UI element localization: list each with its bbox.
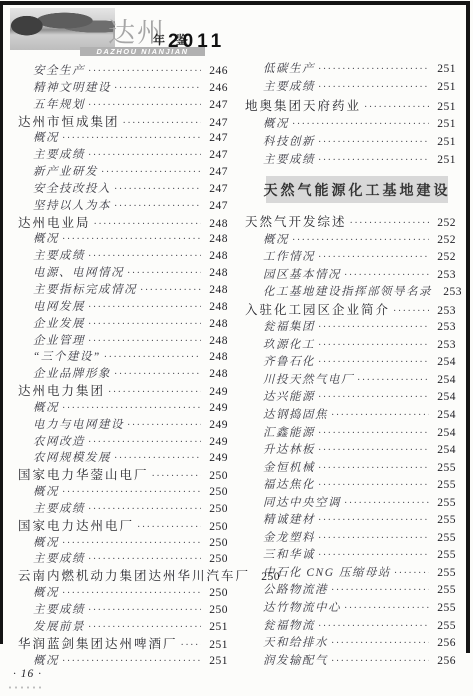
toc-entry-label: 地奥集团天府药业 — [245, 97, 361, 115]
dot-leader — [88, 249, 201, 266]
toc-entry-page: 247 — [204, 147, 228, 164]
toc-entry-label: 化工基地建设指挥部领导名录 — [263, 284, 432, 302]
dot-leader — [318, 337, 429, 355]
toc-entry: 地奥集团天府药业251 — [245, 97, 456, 115]
dot-leader — [62, 485, 201, 502]
toc-entry: 农网规模发展249 — [18, 450, 228, 467]
toc-entry: 川投天然气电厂254 — [245, 372, 456, 390]
dot-leader — [62, 131, 201, 148]
toc-entry-label: 润发输配气 — [263, 653, 328, 671]
dot-leader — [350, 215, 429, 233]
dot-leader — [108, 385, 201, 402]
toc-entry-label: 低碳生产 — [263, 60, 315, 78]
toc-entry-label: 概况 — [33, 130, 59, 147]
toc-entry: 安全生产246 — [18, 63, 228, 80]
toc-entry-page: 256 — [432, 635, 456, 653]
dot-leader — [318, 512, 429, 530]
toc-entry: 概况251 — [245, 115, 456, 133]
toc-entry-label: 五年规划 — [33, 97, 85, 114]
toc-entry: 达兴能源254 — [245, 389, 456, 407]
toc-entry-page: 251 — [432, 78, 456, 96]
toc-entry: 精神文明建设246 — [18, 80, 228, 97]
toc-entry-label: 精诚建材 — [263, 512, 315, 530]
toc-entry: 中石化 CNG 压缩母站255 — [245, 565, 456, 583]
toc-entry-page: 247 — [204, 164, 228, 181]
toc-entry-page: 247 — [204, 198, 228, 215]
masthead-strip: DAZHOU NIANJIAN — [80, 47, 205, 56]
toc-entry-label: 农网改造 — [33, 434, 85, 451]
toc-entry-page: 247 — [204, 181, 228, 198]
dot-leader — [318, 319, 429, 337]
toc-entry-page: 253 — [432, 267, 456, 285]
toc-entry-label: 公路物流港 — [263, 582, 328, 600]
dot-leader — [114, 199, 201, 216]
dot-leader — [127, 266, 201, 283]
page-border-right — [466, 1, 470, 653]
toc-entry-page: 251 — [432, 151, 456, 169]
toc-entry: 园区基本情况253 — [245, 267, 456, 285]
dot-leader — [292, 232, 429, 250]
toc-entry: 科技创新251 — [245, 133, 456, 151]
dot-leader — [123, 116, 201, 133]
dot-leader — [331, 635, 429, 653]
toc-entry: 福达焦化255 — [245, 477, 456, 495]
toc-entry: 瓮福物流255 — [245, 618, 456, 636]
toc-entry-label: 企业品牌形象 — [33, 366, 111, 383]
toc-entry-label: 瓮福集团 — [263, 319, 315, 337]
toc-entry: 达钢捣固焦254 — [245, 407, 456, 425]
page-number: · 16 · — [13, 668, 42, 680]
toc-entry-page: 248 — [204, 333, 228, 350]
toc-entry-label: 天然气开发综述 — [245, 214, 347, 232]
dot-leader — [318, 354, 429, 372]
toc-entry-page: 255 — [432, 460, 456, 478]
toc-entry: 达竹物流中心255 — [245, 600, 456, 618]
toc-entry-page: 249 — [204, 450, 228, 467]
toc-entry-label: 电网发展 — [33, 299, 85, 316]
toc-entry: 化工基地建设指挥部领导名录253 — [245, 284, 456, 302]
masthead-landscape-photo — [10, 8, 115, 50]
toc-entry: 国家电力达州电厂250 — [18, 518, 228, 535]
dot-leader — [318, 389, 429, 407]
toc-entry-label: 主要成绩 — [33, 501, 85, 518]
toc-entry: 主要成绩247 — [18, 147, 228, 164]
toc-entry: 同达中央空调255 — [245, 495, 456, 513]
toc-entry-page: 250 — [204, 468, 228, 485]
toc-entry: 云南内燃机动力集团达州华川汽车厂250 — [18, 568, 228, 585]
toc-entry-page: 254 — [432, 442, 456, 460]
toc-entry: 电力与电网建设249 — [18, 417, 228, 434]
dot-leader — [114, 367, 201, 384]
toc-entry-label: 概况 — [33, 535, 59, 552]
toc-entry: 概况252 — [245, 232, 456, 250]
toc-entry-page: 251 — [432, 60, 456, 78]
toc-entry-page: 255 — [432, 565, 456, 583]
toc-entry-label: 天和给排水 — [263, 635, 328, 653]
toc-entry-page: 250 — [204, 484, 228, 501]
toc-entry: 主要指标完成情况248 — [18, 282, 228, 299]
toc-entry: 润发输配气256 — [245, 653, 456, 671]
dot-leader — [88, 603, 201, 620]
toc-entry-label: 精神文明建设 — [33, 80, 111, 97]
toc-entry: 天然气开发综述252 — [245, 214, 456, 232]
toc-entry: 企业发展248 — [18, 316, 228, 333]
toc-entry: 坚持以人为本247 — [18, 198, 228, 215]
toc-entry-page: 247 — [204, 115, 228, 132]
toc-entry-page: 255 — [432, 600, 456, 618]
toc-entry-label: 农网规模发展 — [33, 450, 111, 467]
toc-entry-label: 概况 — [263, 232, 289, 250]
toc-entry-page: 250 — [204, 585, 228, 602]
toc-entry: 达州电力集团249 — [18, 383, 228, 400]
toc-entry-label: “三个建设” — [33, 349, 101, 366]
toc-entry: 主要成绩251 — [245, 78, 456, 96]
toc-entry-label: 玖源化工 — [263, 337, 315, 355]
toc-entry: 汇鑫能源254 — [245, 425, 456, 443]
toc-entry-page: 255 — [432, 530, 456, 548]
dot-leader — [88, 334, 201, 351]
toc-entry-label: 齐鲁石化 — [263, 354, 315, 372]
toc-entry-label: 概况 — [33, 400, 59, 417]
toc-entry-label: 概况 — [33, 231, 59, 248]
dot-leader — [62, 536, 201, 553]
toc-entry-label: 企业发展 — [33, 316, 85, 333]
toc-entry-label: 中石化 CNG 压缩母站 — [263, 565, 391, 583]
toc-entry-label: 达州市恒成集团 — [18, 114, 120, 131]
toc-entry-page: 253 — [432, 303, 456, 321]
dot-leader — [318, 425, 429, 443]
toc-entry-page: 248 — [204, 349, 228, 366]
dot-leader — [318, 442, 429, 460]
dot-leader — [114, 182, 201, 199]
toc-entry-page: 251 — [432, 98, 456, 116]
toc-entry-page: 251 — [204, 653, 228, 670]
toc-entry: 升达林板254 — [245, 442, 456, 460]
dot-leader — [88, 620, 201, 637]
toc-entry: 主要成绩250 — [18, 501, 228, 518]
dot-leader — [357, 372, 429, 390]
toc-entry-page: 250 — [204, 535, 228, 552]
toc-entry-page: 250 — [204, 519, 228, 536]
dot-leader — [344, 600, 429, 618]
toc-entry-label: 达竹物流中心 — [263, 600, 341, 618]
dot-leader — [88, 148, 201, 165]
toc-entry-label: 概况 — [33, 484, 59, 501]
dot-leader — [137, 520, 201, 537]
toc-entry: 概况250 — [18, 484, 228, 501]
toc-entry-label: 企业管理 — [33, 333, 85, 350]
toc-entry-page: 255 — [432, 582, 456, 600]
toc-entry-label: 福达焦化 — [263, 477, 315, 495]
toc-entry-label: 主要成绩 — [263, 151, 315, 169]
toc-entry-page: 254 — [432, 407, 456, 425]
toc-entry: 概况247 — [18, 130, 228, 147]
toc-entry-label: 主要成绩 — [263, 78, 315, 96]
toc-entry-page: 247 — [204, 130, 228, 147]
toc-entry: 国家电力华蓥山电厂250 — [18, 467, 228, 484]
dot-leader — [364, 99, 429, 117]
toc-entry: 齐鲁石化254 — [245, 354, 456, 372]
toc-entry-label: 金龙塑料 — [263, 530, 315, 548]
toc-entry-page: 254 — [432, 425, 456, 443]
toc-entry-page: 251 — [432, 115, 456, 133]
toc-entry-page: 248 — [204, 366, 228, 383]
toc-entry-label: 工作情况 — [263, 249, 315, 267]
toc-entry: 瓮福集团253 — [245, 319, 456, 337]
toc-entry: 概况250 — [18, 585, 228, 602]
toc-entry-label: 主要指标完成情况 — [33, 282, 137, 299]
toc-entry: “三个建设”248 — [18, 349, 228, 366]
toc-entry: 公路物流港255 — [245, 582, 456, 600]
toc-entry-label: 主要成绩 — [33, 602, 85, 619]
toc-entry-label: 国家电力达州电厂 — [18, 518, 134, 535]
dot-leader — [127, 418, 201, 435]
dot-leader — [114, 451, 201, 468]
dot-leader — [88, 64, 201, 81]
toc-entry-page: 253 — [432, 319, 456, 337]
toc-entry-label: 同达中央空调 — [263, 495, 341, 513]
toc-entry: 新产业研发247 — [18, 164, 228, 181]
toc-entry-label: 汇鑫能源 — [263, 425, 315, 443]
toc-entry-label: 安全技改投入 — [33, 181, 111, 198]
toc-entry-page: 248 — [204, 282, 228, 299]
toc-entry: 主要成绩250 — [18, 602, 228, 619]
toc-entry-page: 251 — [204, 619, 228, 636]
toc-entry-page: 249 — [204, 384, 228, 401]
toc-entry-page: 248 — [204, 316, 228, 333]
toc-entry-page: 250 — [204, 551, 228, 568]
toc-entry-page: 249 — [204, 417, 228, 434]
dot-leader — [318, 249, 429, 267]
yearbook-toc-page: 达州 年 鉴 2011 DAZHOU NIANJIAN 安全生产246精神文明建… — [0, 0, 473, 696]
toc-entry-label: 达兴能源 — [263, 389, 315, 407]
toc-entry: 金龙塑料255 — [245, 530, 456, 548]
toc-entry: 概况249 — [18, 400, 228, 417]
toc-entry: 三和华诚255 — [245, 547, 456, 565]
toc-entry-page: 252 — [432, 232, 456, 250]
toc-entry-page: 255 — [432, 512, 456, 530]
toc-entry-label: 主要成绩 — [33, 551, 85, 568]
toc-entry-page: 246 — [204, 63, 228, 80]
dot-leader — [104, 350, 201, 367]
toc-entry-page: 255 — [432, 547, 456, 565]
toc-entry: 入驻化工园区企业简介253 — [245, 302, 456, 320]
toc-entry-label: 达钢捣固焦 — [263, 407, 328, 425]
toc-entry: 达州市恒成集团247 — [18, 114, 228, 131]
dot-leader — [331, 407, 429, 425]
dot-leader — [101, 165, 201, 182]
dot-leader — [318, 134, 429, 152]
toc-entry: 主要成绩248 — [18, 248, 228, 265]
toc-entry-page: 253 — [432, 337, 456, 355]
toc-entry: 华润蓝剑集团达州啤酒厂251 — [18, 636, 228, 653]
dot-leader — [318, 547, 429, 565]
dot-leader — [62, 654, 201, 671]
dot-leader — [114, 81, 201, 98]
dot-leader — [88, 502, 201, 519]
dot-leader — [394, 565, 429, 583]
toc-entry-page: 255 — [432, 477, 456, 495]
toc-entry-label: 国家电力华蓥山电厂 — [18, 467, 149, 484]
toc-entry: 概况251 — [18, 653, 228, 670]
toc-entry-page: 246 — [204, 80, 228, 97]
toc-entry-page: 253 — [438, 284, 462, 302]
toc-entry-label: 电力与电网建设 — [33, 417, 124, 434]
toc-entry: 主要成绩250 — [18, 551, 228, 568]
toc-entry-label: 三和华诚 — [263, 547, 315, 565]
toc-entry-label: 主要成绩 — [33, 248, 85, 265]
toc-entry-label: 概况 — [263, 115, 289, 133]
masthead-subtitle-en: DAZHOU NIANJIAN — [96, 47, 188, 56]
section-header-label: 天然气能源化工基地建设 — [264, 180, 451, 200]
toc-entry: 概况250 — [18, 535, 228, 552]
toc-entry-label: 电源、电网情况 — [33, 265, 124, 282]
toc-entry-page: 254 — [432, 354, 456, 372]
toc-entry-page: 248 — [204, 265, 228, 282]
toc-entry-page: 251 — [432, 133, 456, 151]
toc-entry-page: 250 — [204, 602, 228, 619]
toc-entry-page: 255 — [432, 618, 456, 636]
dot-leader — [318, 530, 429, 548]
dot-leader — [88, 300, 201, 317]
toc-entry: 精诚建材255 — [245, 512, 456, 530]
dot-leader — [152, 469, 201, 486]
dot-leader — [88, 317, 201, 334]
toc-column-left: 安全生产246精神文明建设246五年规划247达州市恒成集团247概况247主要… — [18, 63, 228, 669]
toc-entry: 安全技改投入247 — [18, 181, 228, 198]
dot-leader — [393, 303, 429, 321]
toc-entry: 发展前景251 — [18, 619, 228, 636]
toc-entry: 达州电业局248 — [18, 215, 228, 232]
dot-leader — [318, 79, 429, 97]
toc-entry-page: 252 — [432, 215, 456, 233]
page-border-top — [0, 1, 467, 5]
toc-entry: 企业品牌形象248 — [18, 366, 228, 383]
dot-leader — [181, 638, 201, 655]
toc-entry-label: 达州电业局 — [18, 215, 91, 232]
toc-entry-label: 金恒机械 — [263, 460, 315, 478]
toc-entry: 低碳生产251 — [245, 60, 456, 78]
dot-leader — [94, 217, 201, 234]
dot-leader — [140, 283, 201, 300]
toc-entry-label: 园区基本情况 — [263, 267, 341, 285]
toc-entry-page: 251 — [204, 637, 228, 654]
toc-entry: 天和给排水256 — [245, 635, 456, 653]
toc-entry: 工作情况252 — [245, 249, 456, 267]
dot-leader — [292, 116, 429, 134]
dot-leader — [62, 232, 201, 249]
section-header-box: 天然气能源化工基地建设 — [266, 176, 448, 203]
toc-entry-page: 250 — [204, 501, 228, 518]
toc-entry-label: 概况 — [33, 585, 59, 602]
dot-leader — [344, 495, 429, 513]
toc-entry-page: 254 — [432, 389, 456, 407]
toc-entry-label: 主要成绩 — [33, 147, 85, 164]
scan-artifact — [8, 686, 42, 689]
toc-entry: 概况248 — [18, 231, 228, 248]
toc-entry-page: 256 — [432, 653, 456, 671]
toc-entry-page: 247 — [204, 97, 228, 114]
dot-leader — [88, 435, 201, 452]
toc-entry-label: 发展前景 — [33, 619, 85, 636]
toc-entry-page: 249 — [204, 400, 228, 417]
toc-entry: 玖源化工253 — [245, 337, 456, 355]
toc-entry-label: 华润蓝剑集团达州啤酒厂 — [18, 636, 178, 653]
toc-entry-page: 248 — [204, 248, 228, 265]
toc-entry-label: 达州电力集团 — [18, 383, 105, 400]
toc-entry-page: 248 — [204, 231, 228, 248]
toc-entry-label: 入驻化工园区企业简介 — [245, 302, 390, 320]
toc-entry-page: 249 — [204, 434, 228, 451]
toc-entry-page: 252 — [432, 249, 456, 267]
toc-entry: 金恒机械255 — [245, 460, 456, 478]
toc-entry: 主要成绩251 — [245, 151, 456, 169]
toc-entry: 电网发展248 — [18, 299, 228, 316]
toc-entry-label: 安全生产 — [33, 63, 85, 80]
dot-leader — [62, 586, 201, 603]
toc-entry-label: 坚持以人为本 — [33, 198, 111, 215]
toc-entry-page: 248 — [204, 216, 228, 233]
page-border-left — [0, 1, 3, 644]
dot-leader — [318, 61, 429, 79]
dot-leader — [318, 477, 429, 495]
toc-entry: 企业管理248 — [18, 333, 228, 350]
dot-leader — [88, 98, 201, 115]
toc-entry-label: 云南内燃机动力集团达州华川汽车厂 — [18, 568, 250, 585]
dot-leader — [331, 653, 429, 671]
toc-entry: 电源、电网情况248 — [18, 265, 228, 282]
toc-entry: 农网改造249 — [18, 434, 228, 451]
dot-leader — [331, 582, 429, 600]
dot-leader — [318, 152, 429, 170]
dot-leader — [62, 401, 201, 418]
toc-entry-page: 255 — [432, 495, 456, 513]
toc-entry-label: 概况 — [33, 653, 59, 670]
toc-entry-label: 升达林板 — [263, 442, 315, 460]
toc-entry-label: 瓮福物流 — [263, 618, 315, 636]
dot-leader — [318, 460, 429, 478]
toc-entry-label: 川投天然气电厂 — [263, 372, 354, 390]
dot-leader — [88, 552, 201, 569]
dot-leader — [344, 267, 429, 285]
dot-leader — [318, 618, 429, 636]
toc-entry: 五年规划247 — [18, 97, 228, 114]
toc-entry-label: 新产业研发 — [33, 164, 98, 181]
toc-entry-label: 科技创新 — [263, 133, 315, 151]
toc-entry-page: 254 — [432, 372, 456, 390]
toc-column-right-top: 低碳生产251主要成绩251地奥集团天府药业251概况251科技创新251主要成… — [245, 60, 456, 170]
toc-column-right-bottom: 天然气开发综述252概况252工作情况252园区基本情况253化工基地建设指挥部… — [245, 214, 456, 670]
toc-entry-page: 248 — [204, 299, 228, 316]
